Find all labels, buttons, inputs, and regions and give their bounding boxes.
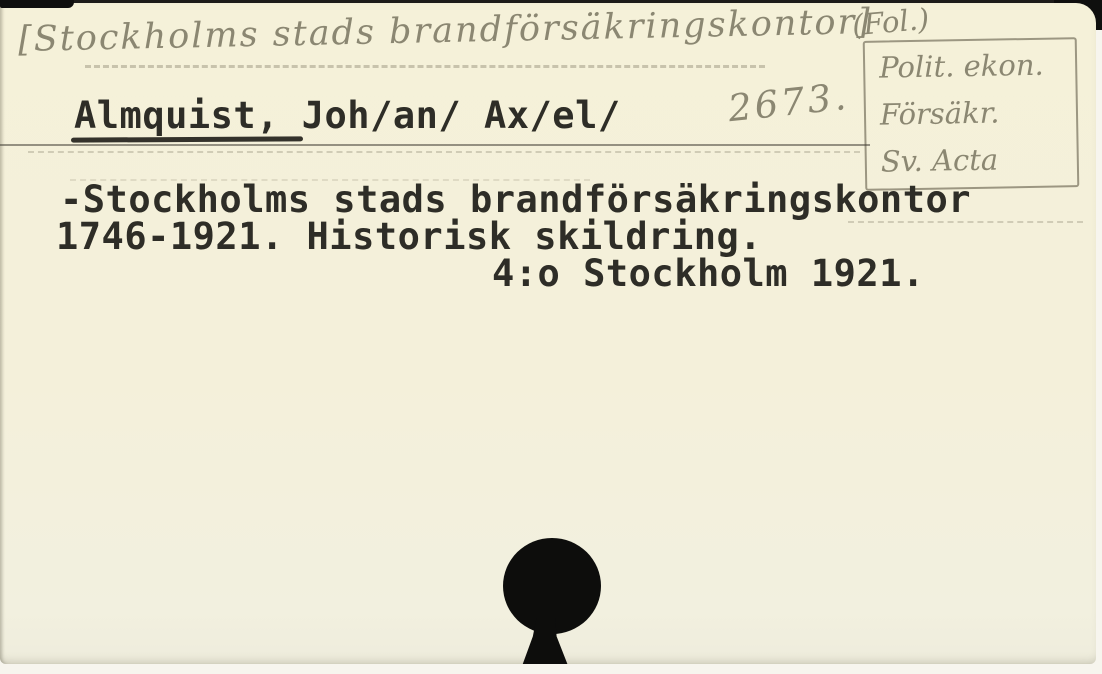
author-heading: Almquist, Joh/an/ Ax/el/ [74,97,621,134]
subject-label-forsakr: Försäkr. [880,88,1077,138]
author-underline [71,136,303,142]
scan-corner-shadow-left [0,0,74,8]
title-line-1: -Stockholms stads brandförsäkringskontor [60,181,971,218]
card-rule-line [0,144,870,146]
catalog-card: [Stockholms stads brandförsäkringskontor… [0,3,1096,664]
format-note: (Fol.) [851,2,931,43]
imprint-line: 4:o Stockholm 1921. [492,255,925,292]
subject-classification-box: Polit. ekon. Försäkr. Sv. Acta [863,37,1080,191]
faint-dotted-rule-middle [28,151,860,153]
shelf-number: 2673. [726,75,851,130]
title-line-2: 1746-1921. Historisk skildring. [56,218,762,255]
faint-dotted-rule-top [85,65,765,68]
faint-dotted-rule-right [848,221,1083,223]
handwritten-heading: [Stockholms stads brandförsäkringskontor… [18,2,873,60]
subject-label-polit-ekon: Polit. ekon. [879,41,1076,91]
scanned-catalog-card-page: [Stockholms stads brandförsäkringskontor… [0,0,1102,674]
